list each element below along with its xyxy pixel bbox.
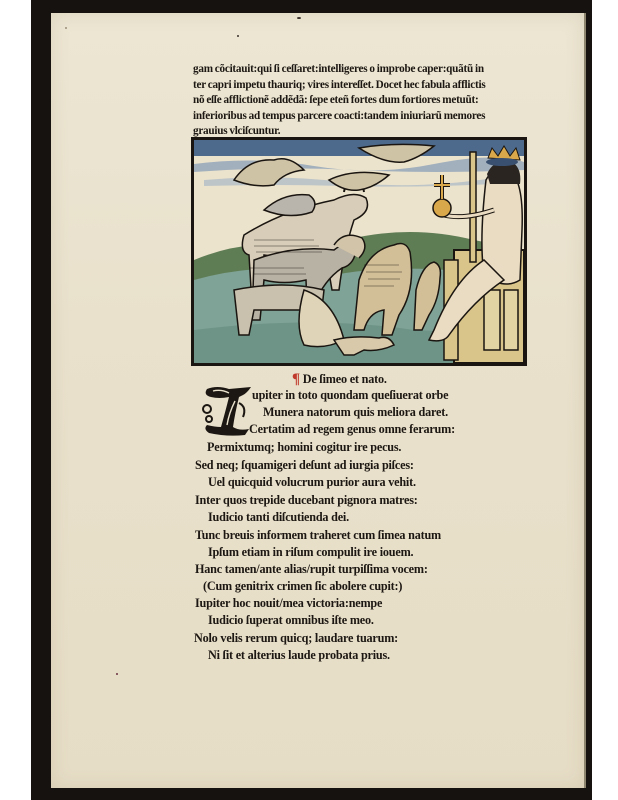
prose-line: inferioribus ad tempus parcere coacti:ta…: [193, 109, 538, 125]
woodcut-scene-icon: [194, 140, 524, 363]
ink-speck: [237, 35, 239, 37]
woodcut-illustration: [191, 137, 527, 366]
prose-paragraph: gam cõcitauit:qui ſi ceſſaret:intelliger…: [193, 62, 538, 140]
ink-speck: [116, 673, 118, 675]
ink-speck: [65, 27, 67, 29]
prose-line: ter capri impetu thauriq; vires intereſſ…: [193, 78, 538, 94]
prose-line: nõ eſſe afflictionẽ addẽdã: ſepe eteñ fo…: [193, 93, 538, 109]
ink-speck: [297, 17, 301, 19]
prose-line: gam cõcitauit:qui ſi ceſſaret:intelliger…: [193, 62, 538, 78]
